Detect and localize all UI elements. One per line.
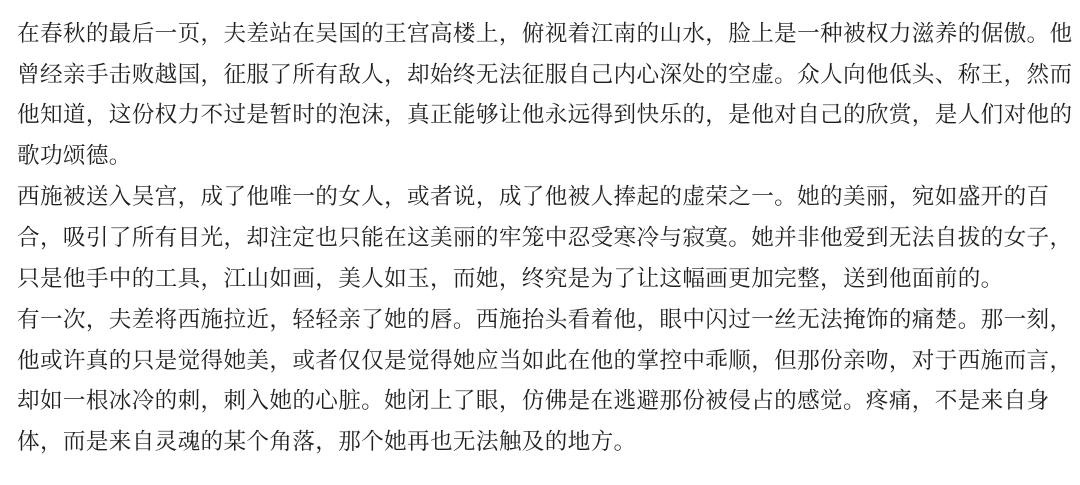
text-line: 却如一根冰冷的刺，刺入她的心脏。她闭上了眼，仿佛是在逃避那份被侵占的感觉。疼痛，… <box>17 381 1068 422</box>
text-line: 歌功颂德。 <box>17 136 1068 177</box>
paragraph-2: 西施被送入吴宫，成了他唯一的女人，或者说，成了他被人捧起的虚荣之一。她的美丽，宛… <box>17 177 1068 299</box>
text-line: 曾经亲手击败越国，征服了所有敌人，却始终无法征服自己内心深处的空虚。众人向他低头… <box>17 55 1068 96</box>
text-line: 他或许真的只是觉得她美，或者仅仅是觉得她应当如此在他的掌控中乖顺，但那份亲吻，对… <box>17 341 1068 382</box>
text-line: 体，而是来自灵魂的某个角落，那个她再也无法触及的地方。 <box>17 422 1068 463</box>
paragraph-3: 有一次，夫差将西施拉近，轻轻亲了她的唇。西施抬头看着他，眼中闪过一丝无法掩饰的痛… <box>17 300 1068 462</box>
article-body: 在春秋的最后一页，夫差站在吴国的王宫高楼上，俯视着江南的山水，脸上是一种被权力滋… <box>0 0 1080 485</box>
text-line: 西施被送入吴宫，成了他唯一的女人，或者说，成了他被人捧起的虚荣之一。她的美丽，宛… <box>17 177 1068 218</box>
text-line: 只是他手中的工具，江山如画，美人如玉，而她，终究是为了让这幅画更加完整，送到他面… <box>17 259 1068 300</box>
paragraph-1: 在春秋的最后一页，夫差站在吴国的王宫高楼上，俯视着江南的山水，脸上是一种被权力滋… <box>17 14 1068 176</box>
text-line: 他知道，这份权力不过是暂时的泡沫，真正能够让他永远得到快乐的，是他对自己的欣赏，… <box>17 95 1068 136</box>
text-line: 合，吸引了所有目光，却注定也只能在这美丽的牢笼中忍受寒冷与寂寞。她并非他爱到无法… <box>17 218 1068 259</box>
text-line: 有一次，夫差将西施拉近，轻轻亲了她的唇。西施抬头看着他，眼中闪过一丝无法掩饰的痛… <box>17 300 1068 341</box>
text-line: 在春秋的最后一页，夫差站在吴国的王宫高楼上，俯视着江南的山水，脸上是一种被权力滋… <box>17 14 1068 55</box>
